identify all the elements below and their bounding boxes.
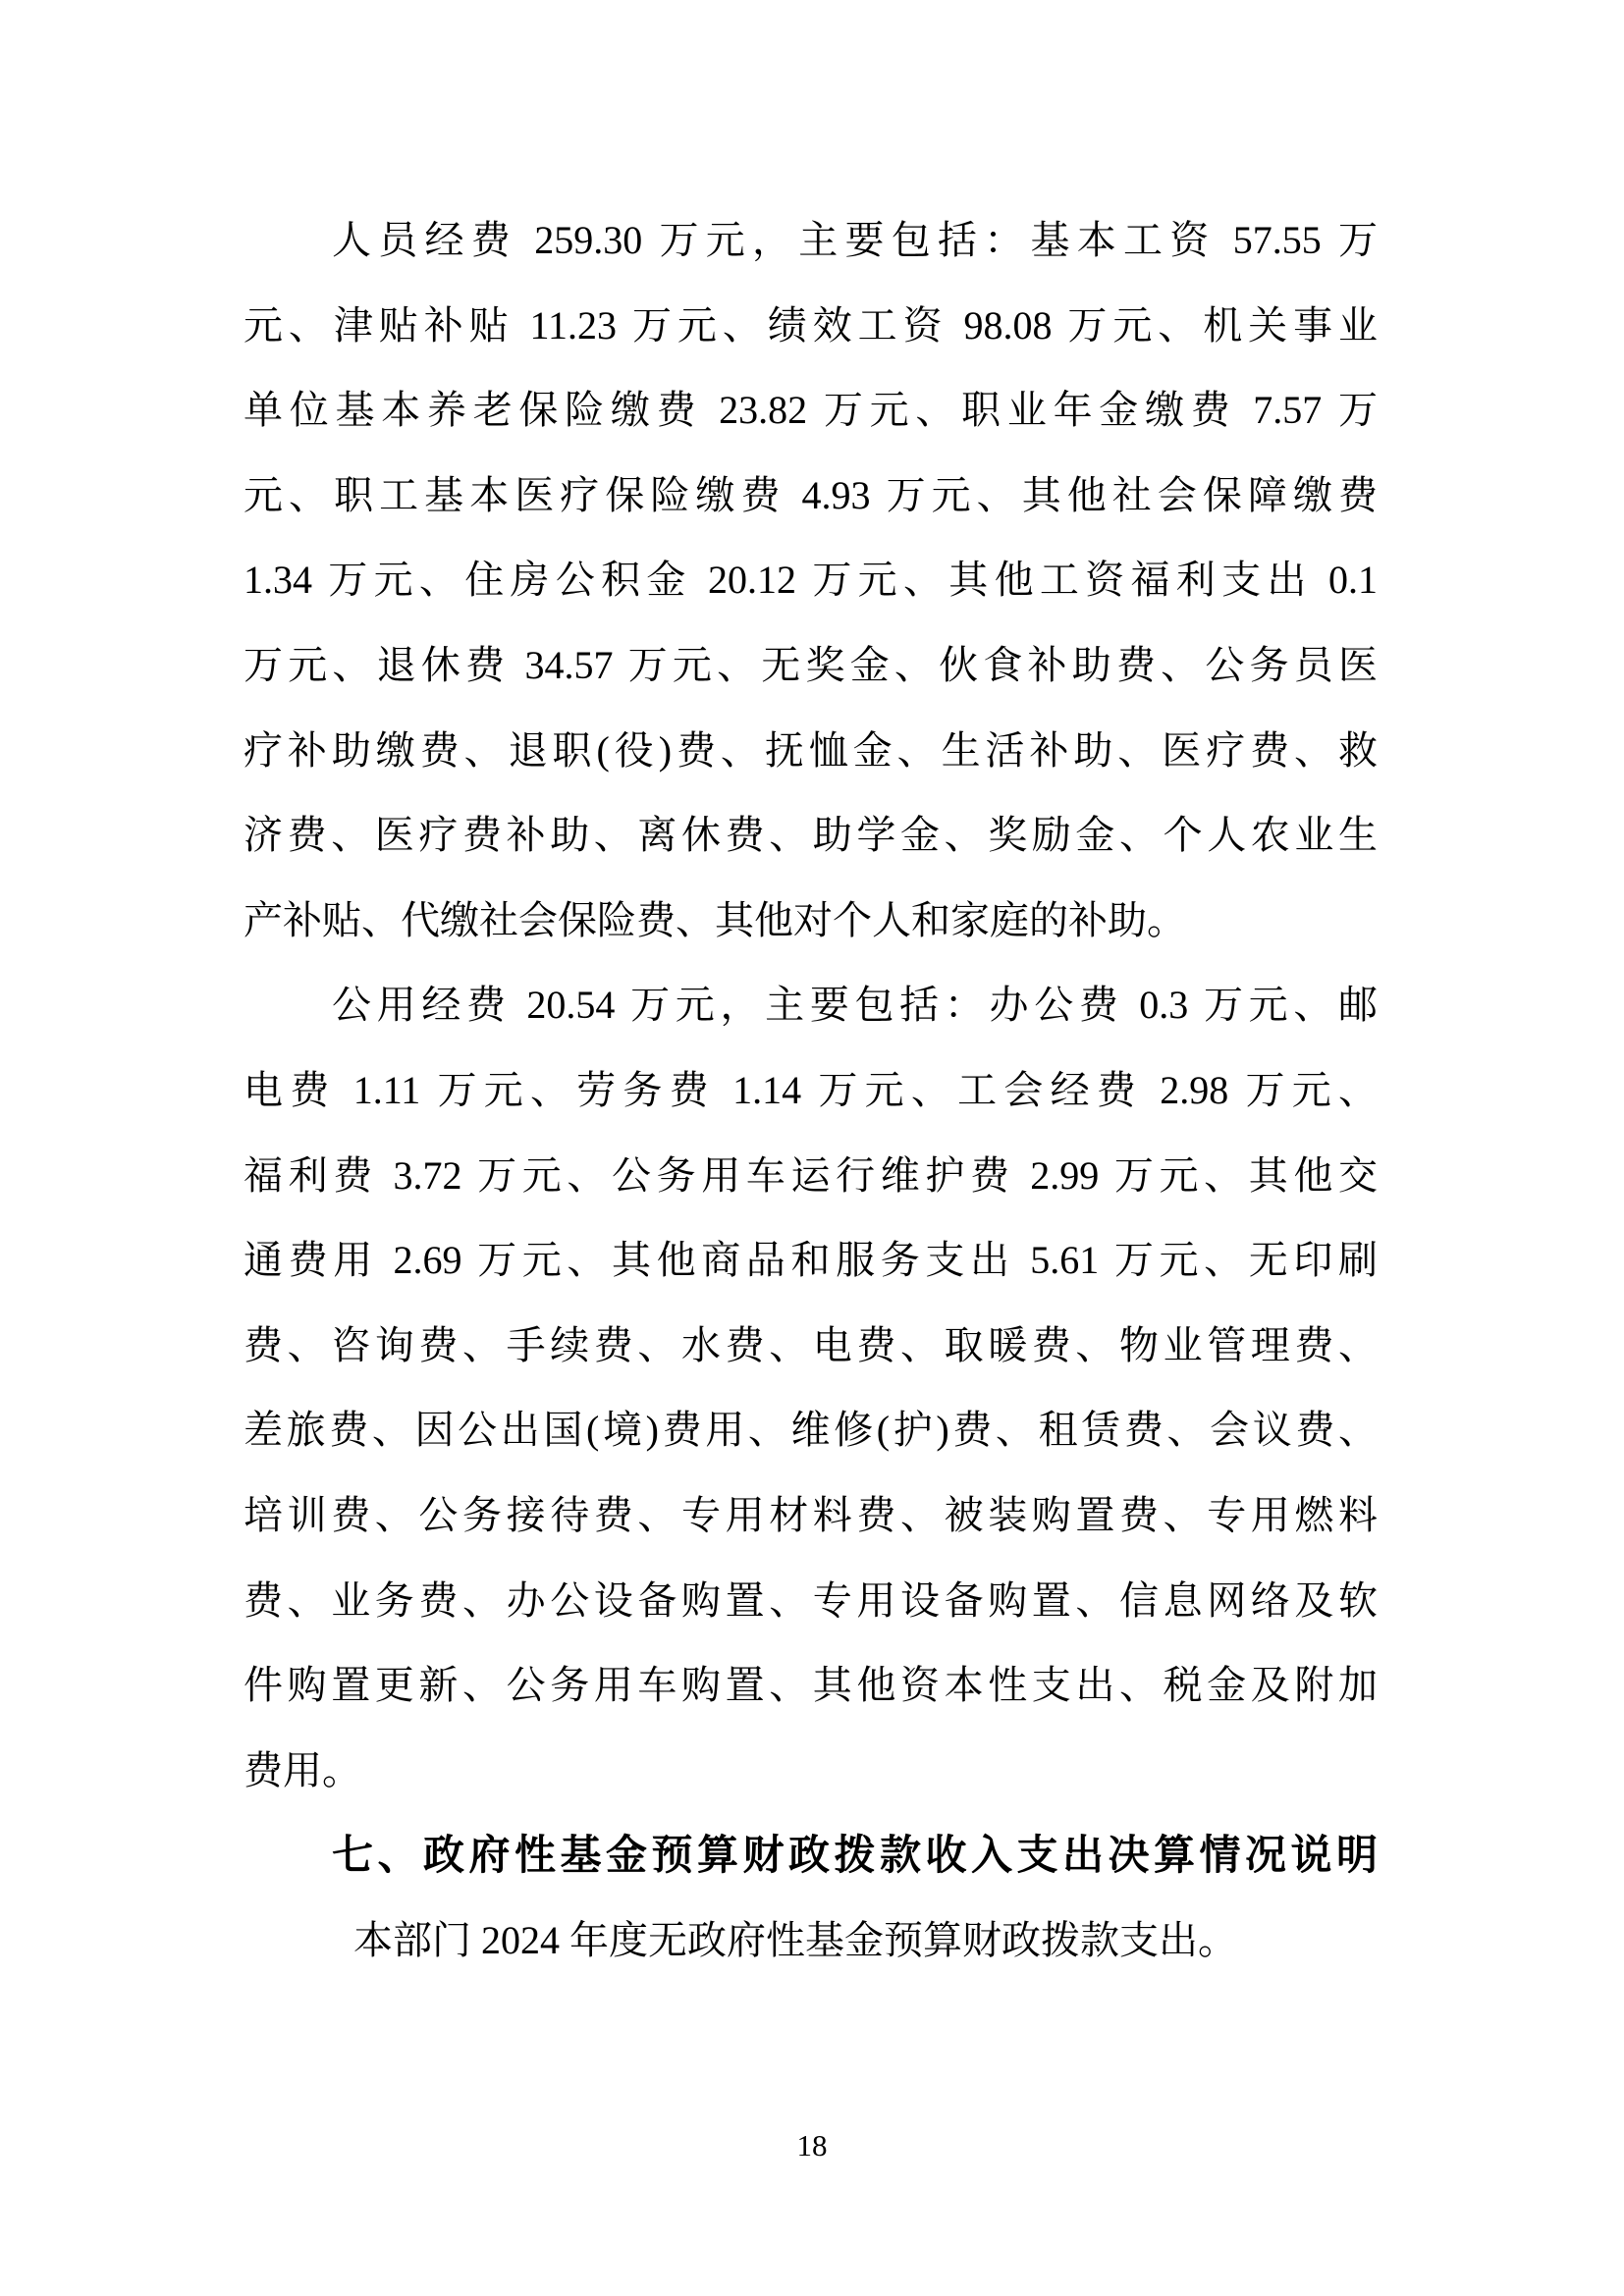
text-line: 福利费 3.72 万元、公务用车运行维护费 2.99 万元、其他交 [244, 1134, 1378, 1219]
text-line: 差旅费、因公出国(境)费用、维修(护)费、租赁费、会议费、 [244, 1388, 1378, 1473]
text-line: 单位基本养老保险缴费 23.82 万元、职业年金缴费 7.57 万 [244, 368, 1378, 454]
text-line: 济费、医疗费补助、离休费、助学金、奖励金、个人农业生 [244, 793, 1378, 879]
text-line: 万元、退休费 34.57 万元、无奖金、伙食补助费、公务员医 [244, 623, 1378, 709]
paragraph-gov-fund-statement: 本部门 2024 年度无政府性基金预算财政拨款支出。 [244, 1898, 1378, 1984]
page-number: 18 [0, 2124, 1624, 2167]
text-line: 产补贴、代缴社会保险费、其他对个人和家庭的补助。 [244, 879, 1378, 964]
paragraph-personnel-expenses: 人员经费 259.30 万元，主要包括：基本工资 57.55 万 元、津贴补贴 … [244, 198, 1378, 963]
text-line: 培训费、公务接待费、专用材料费、被装购置费、专用燃料 [244, 1473, 1378, 1559]
text-line: 本部门 2024 年度无政府性基金预算财政拨款支出。 [244, 1898, 1378, 1984]
text-line: 费、业务费、办公设备购置、专用设备购置、信息网络及软 [244, 1559, 1378, 1644]
paragraph-public-expenses: 公用经费 20.54 万元，主要包括：办公费 0.3 万元、邮 电费 1.11 … [244, 963, 1378, 1813]
document-body: 人员经费 259.30 万元，主要包括：基本工资 57.55 万 元、津贴补贴 … [244, 198, 1378, 1983]
text-line: 费用。 [244, 1729, 1378, 1814]
text-line: 通费用 2.69 万元、其他商品和服务支出 5.61 万元、无印刷 [244, 1218, 1378, 1304]
text-line: 费、咨询费、手续费、水费、电费、取暖费、物业管理费、 [244, 1304, 1378, 1389]
document-page: { "document": { "language": "zh-CN", "pa… [0, 0, 1624, 2296]
section-heading-gov-fund: 七、政府性基金预算财政拨款收入支出决算情况说明 [244, 1813, 1378, 1898]
text-line: 疗补助缴费、退职(役)费、抚恤金、生活补助、医疗费、救 [244, 709, 1378, 794]
text-line: 公用经费 20.54 万元，主要包括：办公费 0.3 万元、邮 [244, 963, 1378, 1048]
text-line: 件购置更新、公务用车购置、其他资本性支出、税金及附加 [244, 1643, 1378, 1729]
text-line: 元、津贴补贴 11.23 万元、绩效工资 98.08 万元、机关事业 [244, 284, 1378, 369]
text-line: 1.34 万元、住房公积金 20.12 万元、其他工资福利支出 0.1 [244, 538, 1378, 623]
text-line: 电费 1.11 万元、劳务费 1.14 万元、工会经费 2.98 万元、 [244, 1048, 1378, 1134]
text-line: 元、职工基本医疗保险缴费 4.93 万元、其他社会保障缴费 [244, 454, 1378, 539]
text-line: 人员经费 259.30 万元，主要包括：基本工资 57.55 万 [244, 198, 1378, 284]
